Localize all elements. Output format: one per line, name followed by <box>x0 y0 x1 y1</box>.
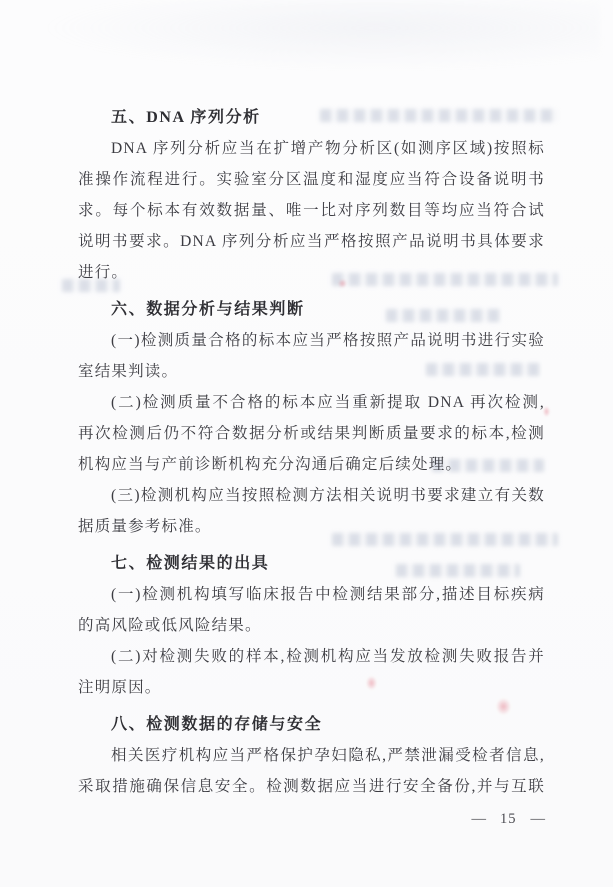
document-body: 五、DNA 序列分析 DNA 序列分析应当在扩增产物分析区(如测序区域)按照标 … <box>78 102 545 802</box>
body-line: (二)对检测失败的样本,检测机构应当发放检测失败报告并 <box>78 641 545 672</box>
body-line: 再次检测后仍不符合数据分析或结果判断质量要求的标本,检测 <box>78 418 545 449</box>
body-line: (一)检测质量合格的标本应当严格按照产品说明书进行实验 <box>78 325 545 356</box>
body-line: 准操作流程进行。实验室分区温度和湿度应当符合设备说明书要 <box>78 164 545 195</box>
body-line: 注明原因。 <box>78 672 545 703</box>
body-line: 的高风险或低风险结果。 <box>78 610 545 641</box>
body-line: (二)检测质量不合格的标本应当重新提取 DNA 再次检测, <box>78 387 545 418</box>
section-heading-8: 八、检测数据的存储与安全 <box>78 709 545 740</box>
body-line: 据质量参考标准。 <box>78 511 545 542</box>
page-number: —15— <box>78 806 557 832</box>
body-line: 求。每个标本有效数据量、唯一比对序列数目等均应当符合试剂 <box>78 195 545 226</box>
scan-shading-artifact <box>40 0 600 70</box>
page-number-dash-right: — <box>531 811 546 827</box>
body-line: 室结果判读。 <box>78 356 545 387</box>
page-number-value: 15 <box>500 811 517 827</box>
body-line: 采取措施确保信息安全。检测数据应当进行安全备份,并与互联 <box>78 771 545 802</box>
page-number-dash-left: — <box>472 811 487 827</box>
body-line: DNA 序列分析应当在扩增产物分析区(如测序区域)按照标 <box>78 133 545 164</box>
section-heading-6: 六、数据分析与结果判断 <box>78 294 545 325</box>
scanned-document-page: 五、DNA 序列分析 DNA 序列分析应当在扩增产物分析区(如测序区域)按照标 … <box>0 0 613 887</box>
body-line: (三)检测机构应当按照检测方法相关说明书要求建立有关数 <box>78 480 545 511</box>
body-line: (一)检测机构填写临床报告中检测结果部分,描述目标疾病 <box>78 579 545 610</box>
body-line: 机构应当与产前诊断机构充分沟通后确定后续处理。 <box>78 449 545 480</box>
body-line: 进行。 <box>78 257 545 288</box>
body-line: 说明书要求。DNA 序列分析应当严格按照产品说明书具体要求 <box>78 226 545 257</box>
section-heading-5: 五、DNA 序列分析 <box>78 102 545 133</box>
body-line: 相关医疗机构应当严格保护孕妇隐私,严禁泄漏受检者信息, <box>78 740 545 771</box>
section-heading-7: 七、检测结果的出具 <box>78 548 545 579</box>
